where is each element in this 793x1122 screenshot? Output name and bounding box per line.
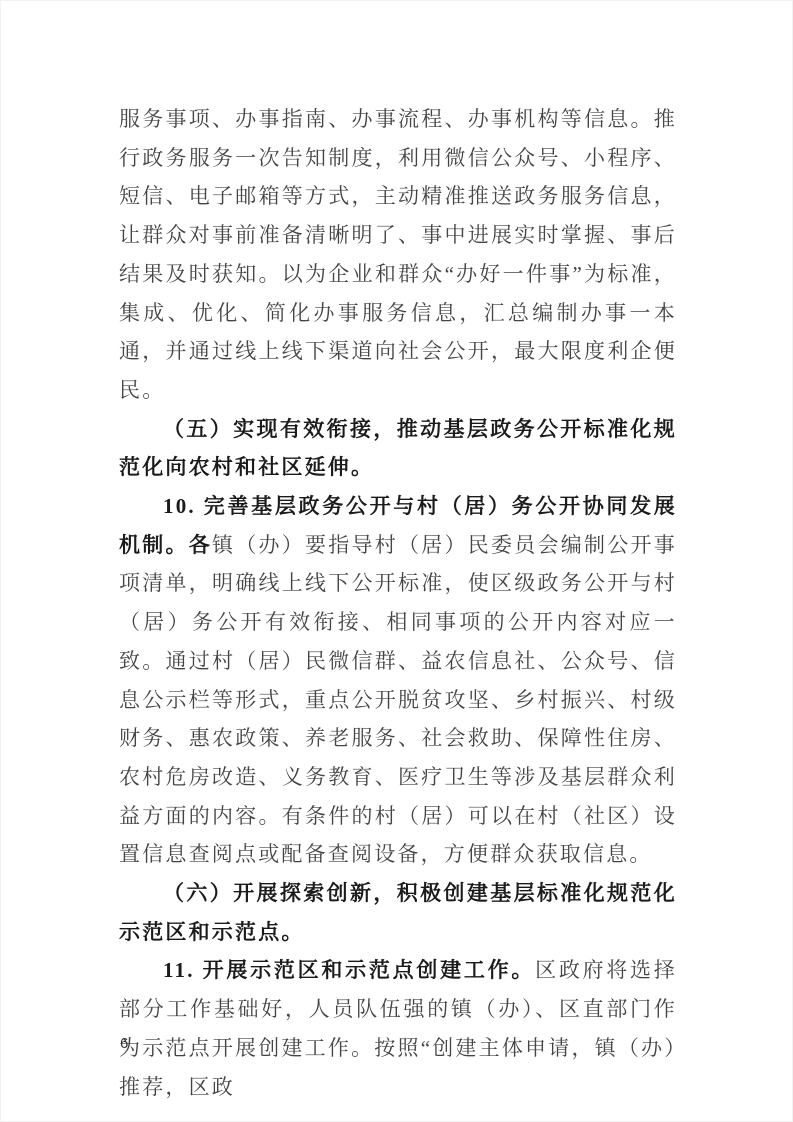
section-heading-six: （六）开展探索创新，积极创建基层标准化规范化示范区和示范点。 xyxy=(119,874,677,951)
paragraph-continuation: 服务事项、办事指南、办事流程、办事机构等信息。推行政务服务一次告知制度，利用微信… xyxy=(119,100,677,410)
document-page: 服务事项、办事指南、办事流程、办事机构等信息。推行政务服务一次告知制度，利用微信… xyxy=(0,0,793,1122)
paragraph-item-10-body: 镇（办）要指导村（居）民委员会编制公开事项清单，明确线上线下公开标准，使区级政务… xyxy=(119,533,677,867)
paragraph-item-10: 10. 完善基层政务公开与村（居）务公开协同发展机制。各镇（办）要指导村（居）民… xyxy=(119,487,677,874)
page-number: 6 xyxy=(120,1034,128,1054)
document-content: 服务事项、办事指南、办事流程、办事机构等信息。推行政务服务一次告知制度，利用微信… xyxy=(119,100,677,1106)
paragraph-item-11-bold-lead: 11. 开展示范区和示范点创建工作。 xyxy=(163,958,535,982)
section-heading-five: （五）实现有效衔接，推动基层政务公开标准化规范化向农村和社区延伸。 xyxy=(119,410,677,487)
paragraph-item-11: 11. 开展示范区和示范点创建工作。区政府将选择部分工作基础好，人员队伍强的镇（… xyxy=(119,951,677,1106)
